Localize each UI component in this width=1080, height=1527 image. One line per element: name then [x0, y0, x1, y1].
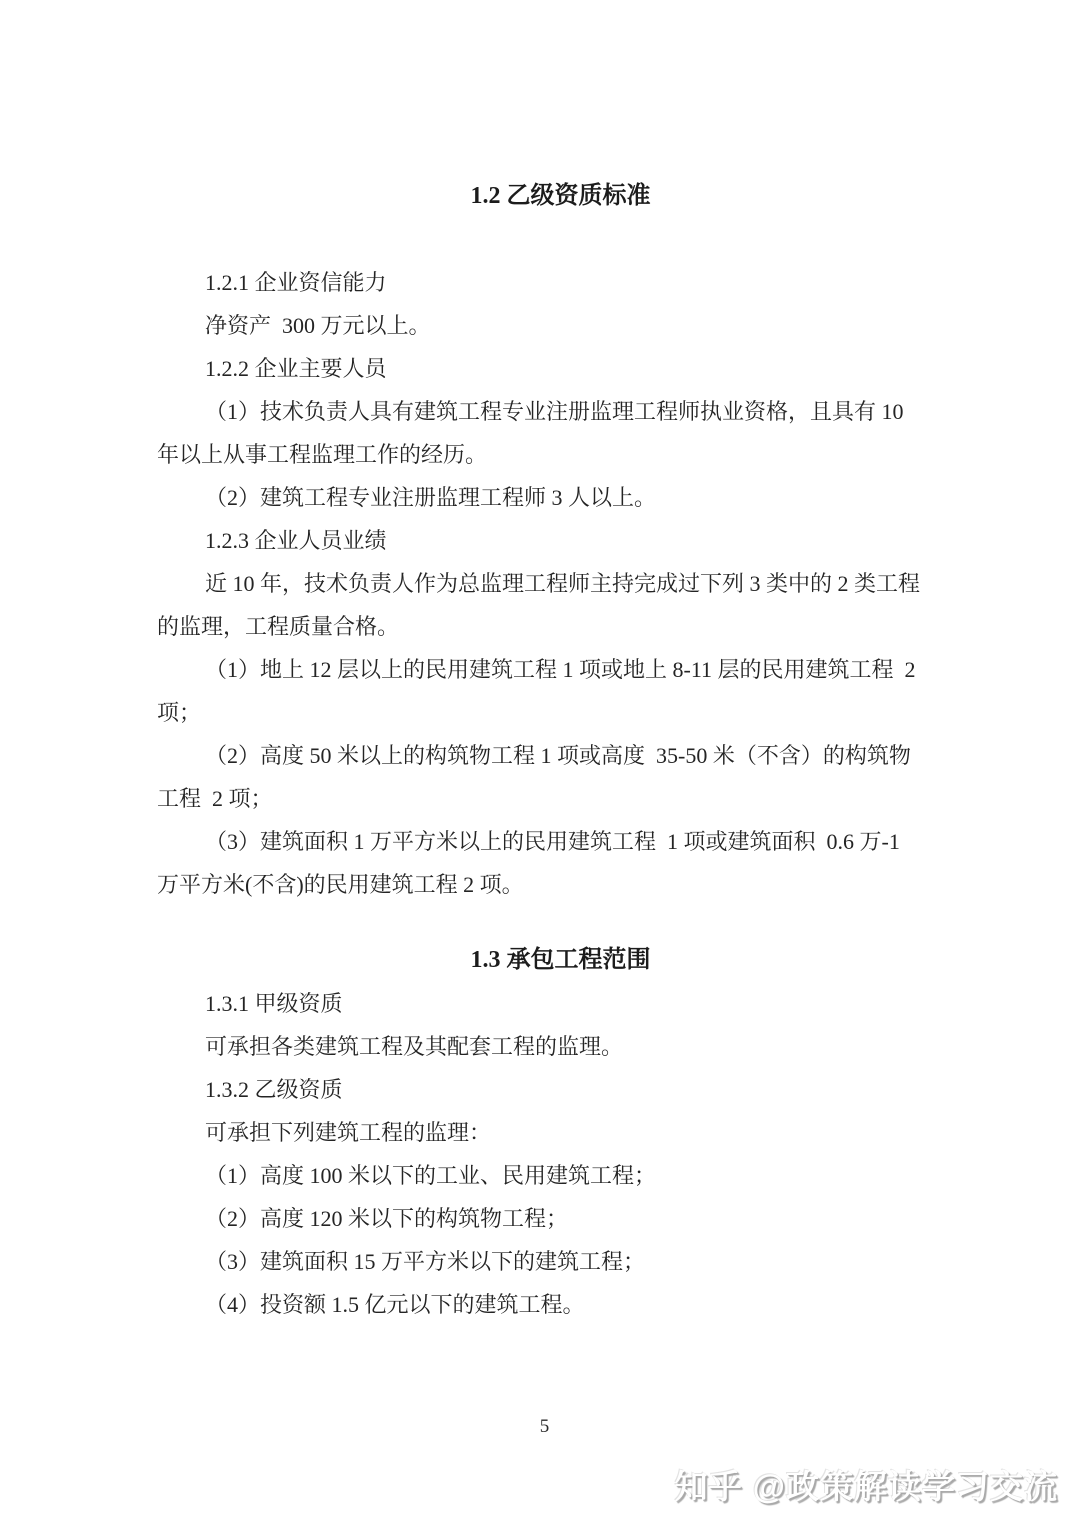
text-line: （4）投资额 1.5 亿元以下的建筑工程。: [157, 1283, 932, 1326]
text-line: 1.2.1 企业资信能力: [157, 261, 932, 304]
text-line: 近 10 年，技术负责人作为总监理工程师主持完成过下列 3 类中的 2 类工程: [157, 562, 932, 605]
text-line: 1.2.3 企业人员业绩: [157, 519, 932, 562]
text-line: 项；: [157, 691, 932, 734]
text-line: （2）高度 50 米以上的构筑物工程 1 项或高度 35-50 米（不含）的构筑…: [157, 734, 932, 777]
text-line: （1）技术负责人具有建筑工程专业注册监理工程师执业资格，且具有 10: [157, 390, 932, 433]
section-1-2-heading: 1.2 乙级资质标准: [157, 175, 932, 218]
watermark: 知乎 @政策解读学习交流: [675, 1461, 1058, 1508]
document-page: 1.2 乙级资质标准 1.2.1 企业资信能力 净资产 300 万元以上。 1.…: [0, 0, 1080, 1527]
text-line: （1）高度 100 米以下的工业、民用建筑工程；: [157, 1154, 932, 1197]
text-line: （2）高度 120 米以下的构筑物工程；: [157, 1197, 932, 1240]
text-line: （3）建筑面积 15 万平方米以下的建筑工程；: [157, 1240, 932, 1283]
text-line: 的监理，工程质量合格。: [157, 605, 932, 648]
text-line: 可承担下列建筑工程的监理：: [157, 1111, 932, 1154]
page-number: 5: [157, 1405, 932, 1448]
text-line: 1.2.2 企业主要人员: [157, 347, 932, 390]
document-body: 1.2 乙级资质标准 1.2.1 企业资信能力 净资产 300 万元以上。 1.…: [157, 0, 932, 1448]
text-line: 年以上从事工程监理工作的经历。: [157, 433, 932, 476]
text-line: 万平方米(不含)的民用建筑工程 2 项。: [157, 863, 932, 906]
text-line: （1）地上 12 层以上的民用建筑工程 1 项或地上 8-11 层的民用建筑工程…: [157, 648, 932, 691]
text-line: （2）建筑工程专业注册监理工程师 3 人以上。: [157, 476, 932, 519]
text-line: 净资产 300 万元以上。: [157, 304, 932, 347]
text-line: （3）建筑面积 1 万平方米以上的民用建筑工程 1 项或建筑面积 0.6 万-1: [157, 820, 932, 863]
text-line: 工程 2 项；: [157, 777, 932, 820]
text-line: 可承担各类建筑工程及其配套工程的监理。: [157, 1025, 932, 1068]
text-line: 1.3.2 乙级资质: [157, 1068, 932, 1111]
text-line: 1.3.1 甲级资质: [157, 982, 932, 1025]
section-1-3-heading: 1.3 承包工程范围: [157, 939, 932, 982]
